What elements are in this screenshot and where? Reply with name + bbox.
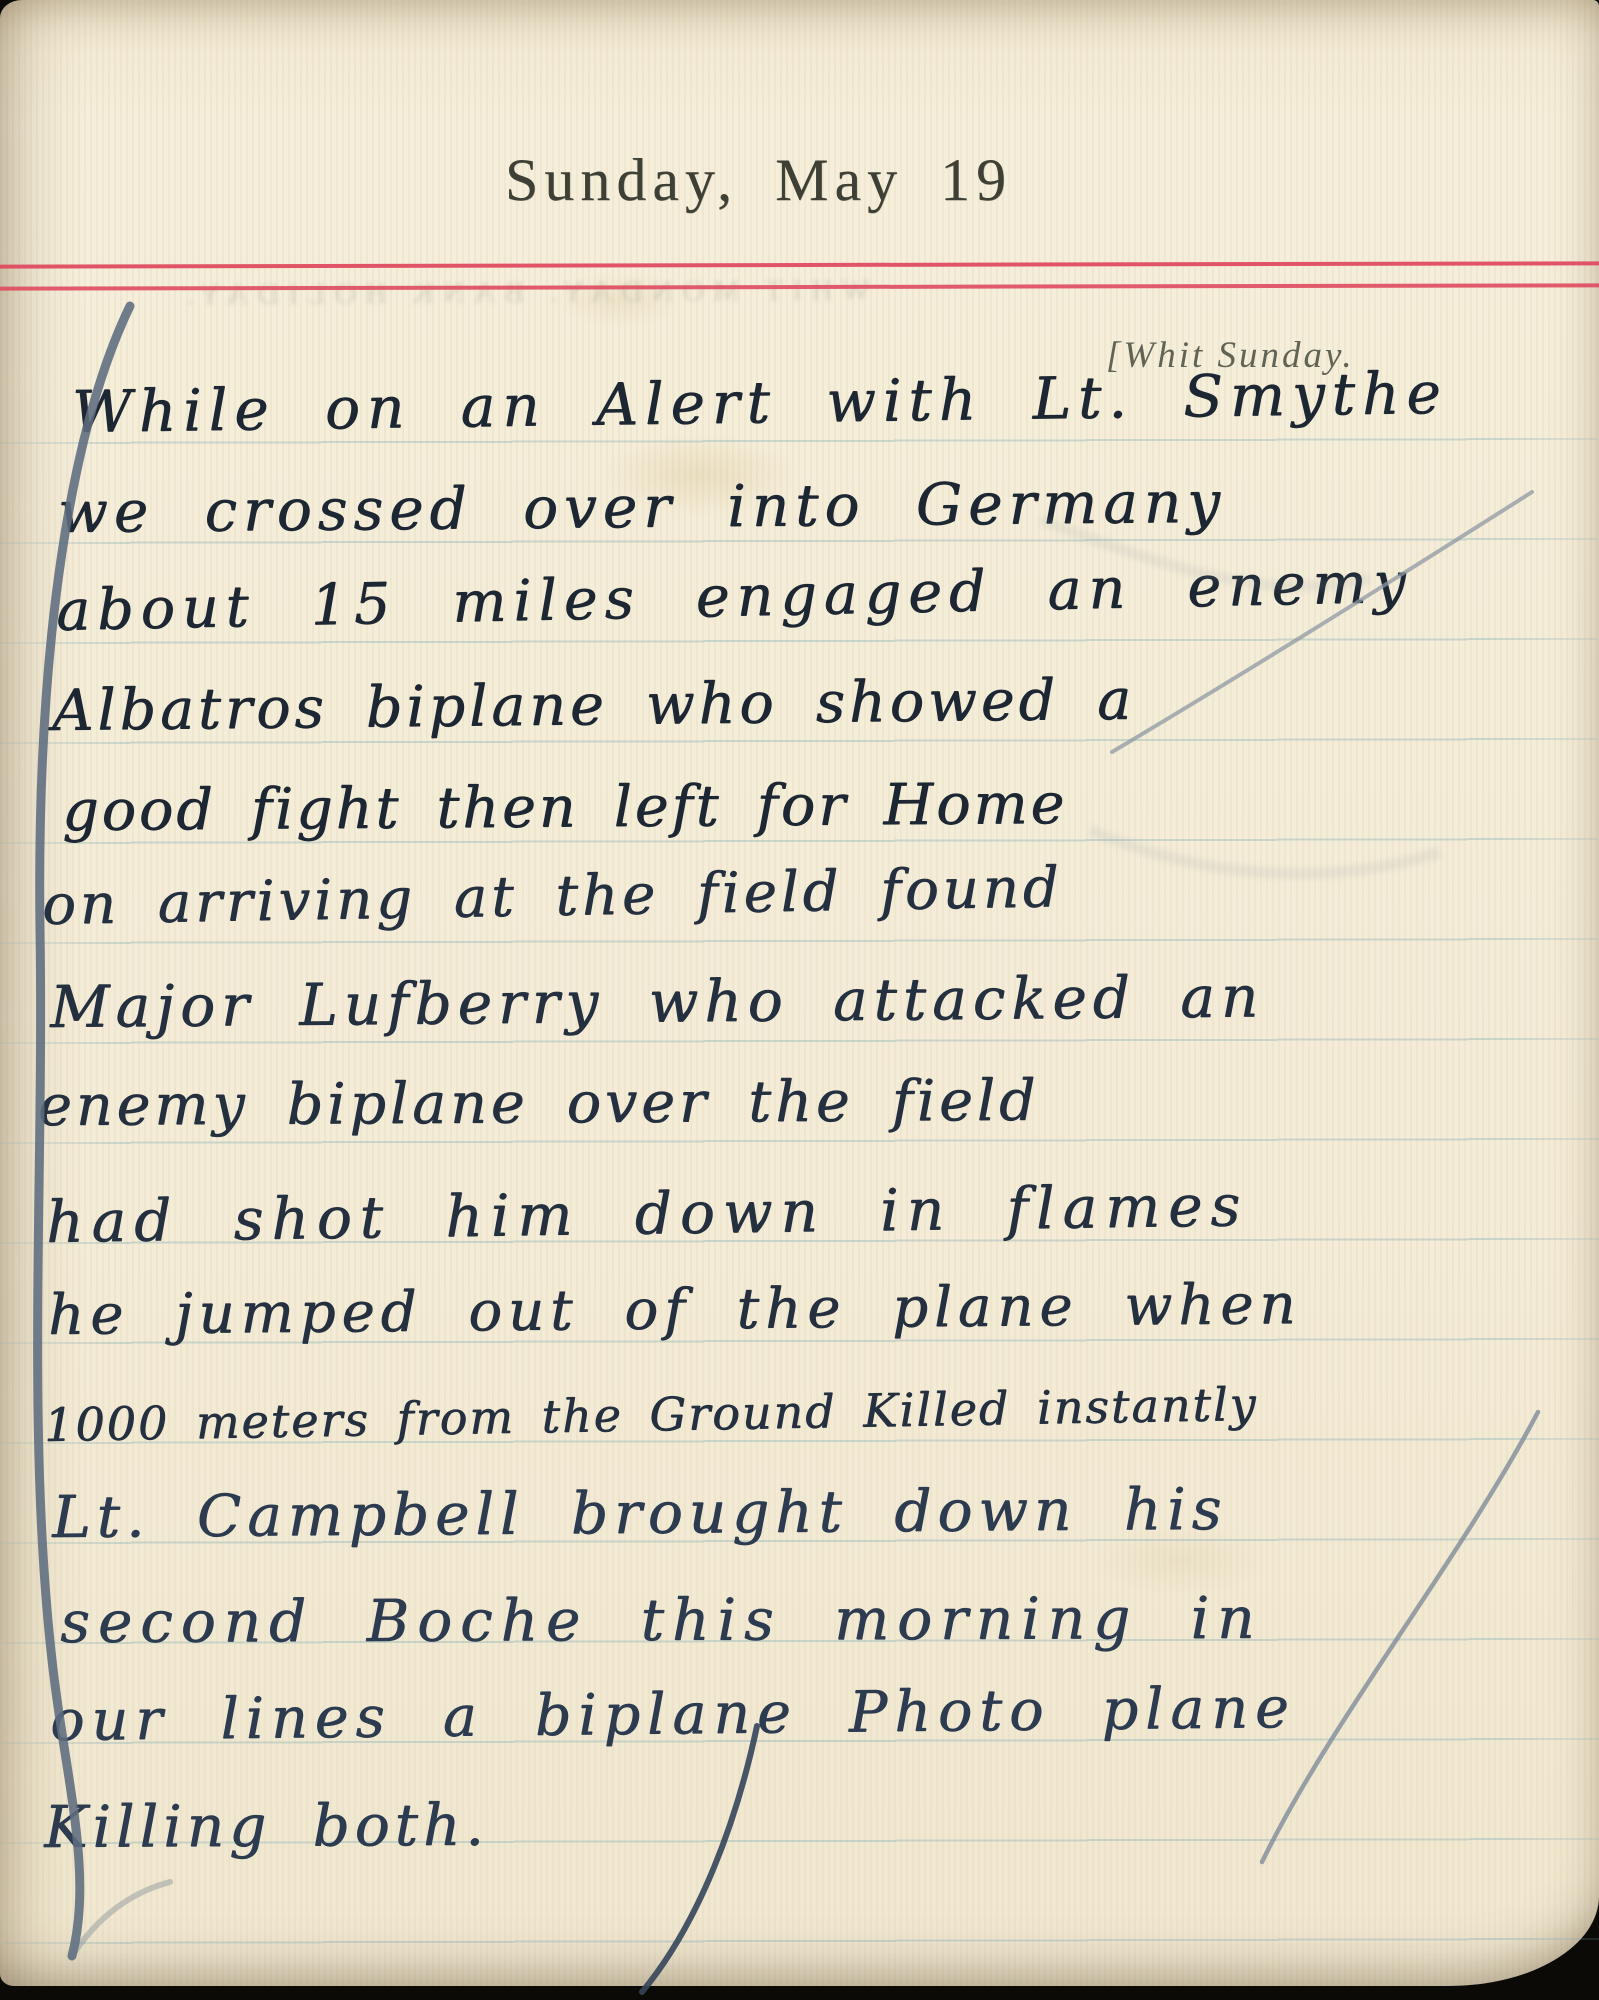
handwritten-line: Killing both. <box>44 1791 489 1861</box>
handwritten-line: he jumped out of the plane when <box>48 1272 1302 1348</box>
book-backdrop: WHIT MONDAY. BANK HOLIDAY. Sunday, May 1… <box>0 0 1599 2000</box>
handwritten-line: we crossed over into Germany <box>58 468 1226 546</box>
diary-page: WHIT MONDAY. BANK HOLIDAY. Sunday, May 1… <box>0 0 1599 1986</box>
handwritten-line: our lines a biplane Photo plane <box>50 1675 1296 1754</box>
handwritten-line: good fight then left for Home <box>62 771 1068 844</box>
printed-date-header: Sunday, May 19 <box>505 146 1012 215</box>
handwritten-line: Albatros biplane who showed a <box>52 667 1136 744</box>
handwritten-line: Lt. Campbell brought down his <box>52 1475 1228 1551</box>
handwritten-line: second Boche this morning in <box>60 1584 1263 1656</box>
handwritten-line: Major Lufberry who attacked an <box>50 962 1265 1041</box>
red-double-rule <box>0 261 1599 290</box>
handwritten-line: enemy biplane over the field <box>38 1068 1040 1139</box>
